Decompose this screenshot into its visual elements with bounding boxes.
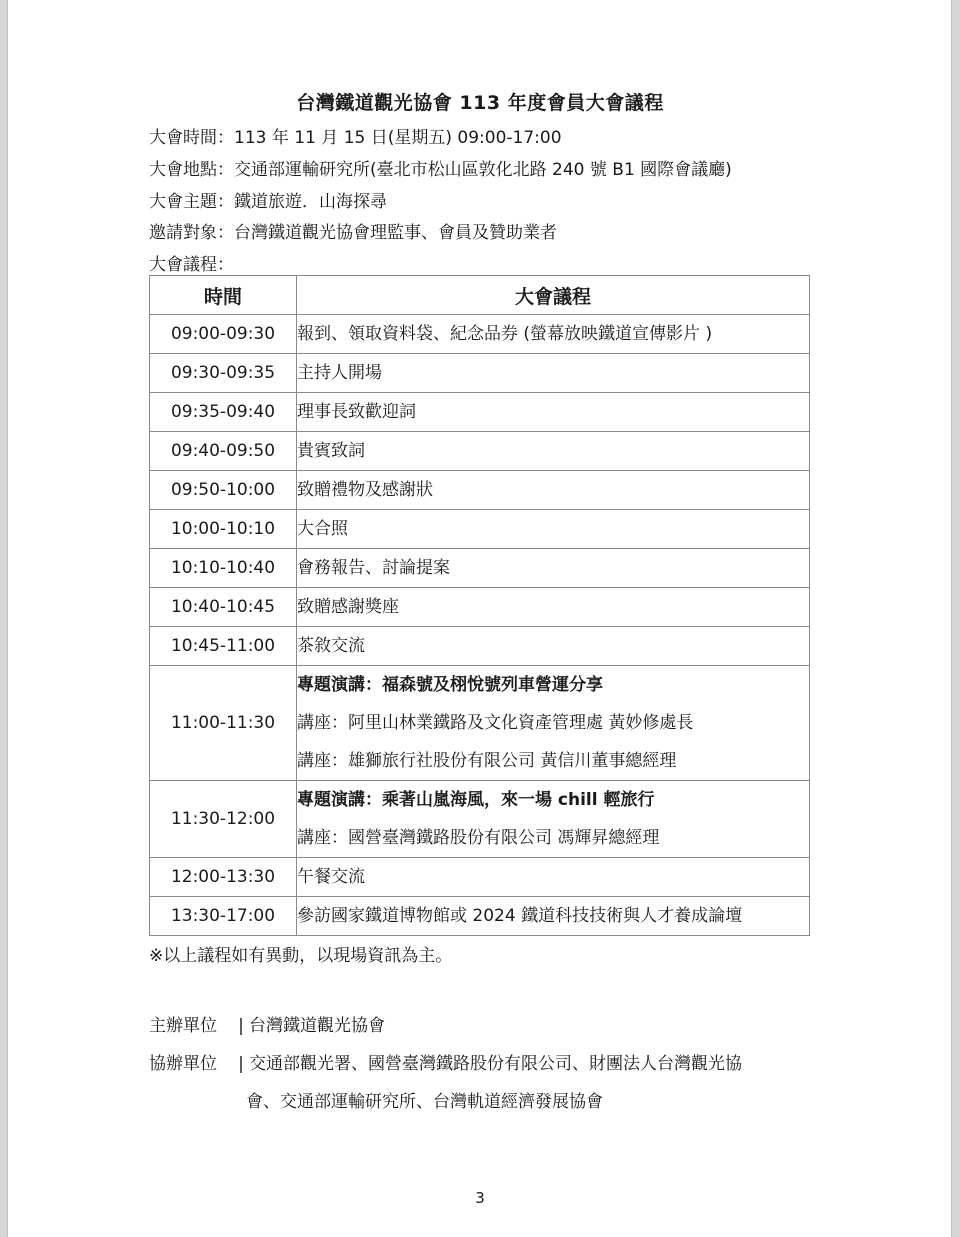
page-edge-left	[0, 0, 8, 1237]
info-label: 大會時間	[149, 128, 217, 148]
document-title: 台灣鐵道觀光協會 113 年度會員大會議程	[0, 88, 960, 115]
info-value: 台灣鐵道觀光協會理監事、會員及贊助業者	[234, 223, 557, 243]
table-row: 09:40-09:50 貴賓致詞	[150, 432, 810, 471]
row-agenda: 貴賓致詞	[297, 432, 810, 471]
table-row: 10:00-10:10 大合照	[150, 510, 810, 549]
host-label: 主辦單位	[149, 1011, 235, 1036]
speaker: 講座：雄獅旅行社股份有限公司 黃信川董事總經理	[297, 742, 809, 780]
row-time: 10:10-10:40	[150, 549, 297, 588]
page-edge-right	[951, 0, 960, 1237]
info-time: 大會時間：113 年 11 月 15 日(星期五) 09:00-17:00	[149, 123, 562, 148]
row-agenda: 參訪國家鐵道博物館或 2024 鐵道科技技術與人才養成論壇	[297, 897, 810, 936]
row-time: 09:35-09:40	[150, 393, 297, 432]
row-time: 09:30-09:35	[150, 354, 297, 393]
co-label: 協辦單位	[149, 1049, 235, 1074]
table-header-row: 時間 大會議程	[150, 276, 810, 315]
info-agenda-heading: 大會議程：	[149, 250, 234, 275]
row-agenda: 報到、領取資料袋、紀念品券 (螢幕放映鐵道宣傳影片 )	[297, 315, 810, 354]
table-row: 11:00-11:30 專題演講：福森號及栩悅號列車營運分享 講座：阿里山林業鐵…	[150, 666, 810, 781]
speaker: 講座：國營臺灣鐵路股份有限公司 馮輝昇總經理	[297, 819, 809, 857]
info-theme: 大會主題：鐵道旅遊．山海探尋	[149, 187, 387, 212]
keynote-title: 專題演講：乘著山嵐海風，來一場 chill 輕旅行	[297, 781, 809, 819]
row-time: 09:50-10:00	[150, 471, 297, 510]
header-time: 時間	[150, 276, 297, 315]
agenda-note: ※以上議程如有異動，以現場資訊為主。	[149, 941, 452, 966]
info-value: 交通部運輸研究所(臺北市松山區敦化北路 240 號 B1 國際會議廳)	[234, 160, 732, 180]
row-time: 09:40-09:50	[150, 432, 297, 471]
info-label: 邀請對象	[149, 223, 217, 243]
row-agenda: 致贈禮物及感謝狀	[297, 471, 810, 510]
info-invitees: 邀請對象：台灣鐵道觀光協會理監事、會員及贊助業者	[149, 218, 557, 243]
row-time: 13:30-17:00	[150, 897, 297, 936]
table-row: 10:10-10:40 會務報告、討論提案	[150, 549, 810, 588]
table-row: 09:00-09:30 報到、領取資料袋、紀念品券 (螢幕放映鐵道宣傳影片 )	[150, 315, 810, 354]
row-agenda: 茶敘交流	[297, 627, 810, 666]
keynote-title: 專題演講：福森號及栩悅號列車營運分享	[297, 666, 809, 704]
row-time: 11:30-12:00	[150, 781, 297, 858]
table-row: 10:40-10:45 致贈感謝獎座	[150, 588, 810, 627]
row-time: 10:45-11:00	[150, 627, 297, 666]
row-time: 09:00-09:30	[150, 315, 297, 354]
row-agenda: 專題演講：福森號及栩悅號列車營運分享 講座：阿里山林業鐵路及文化資產管理處 黃妙…	[297, 666, 810, 781]
table-row: 09:35-09:40 理事長致歡迎詞	[150, 393, 810, 432]
row-agenda: 專題演講：乘著山嵐海風，來一場 chill 輕旅行 講座：國營臺灣鐵路股份有限公…	[297, 781, 810, 858]
co-organizers-continued: 會、交通部運輸研究所、台灣軌道經濟發展協會	[246, 1087, 603, 1112]
info-value: 113 年 11 月 15 日(星期五) 09:00-17:00	[234, 128, 562, 148]
header-agenda: 大會議程	[297, 276, 810, 315]
info-venue: 大會地點：交通部運輸研究所(臺北市松山區敦化北路 240 號 B1 國際會議廳)	[149, 155, 732, 180]
table-row: 10:45-11:00 茶敘交流	[150, 627, 810, 666]
agenda-table: 時間 大會議程 09:00-09:30 報到、領取資料袋、紀念品券 (螢幕放映鐵…	[149, 275, 810, 936]
speaker: 講座：阿里山林業鐵路及文化資產管理處 黃妙修處長	[297, 704, 809, 742]
table-row: 09:50-10:00 致贈禮物及感謝狀	[150, 471, 810, 510]
info-value: 鐵道旅遊．山海探尋	[234, 192, 387, 212]
separator: |	[235, 1054, 247, 1074]
host-organizer: 主辦單位|台灣鐵道觀光協會	[149, 1011, 385, 1036]
info-label: 大會主題	[149, 192, 217, 212]
table-row: 13:30-17:00 參訪國家鐵道博物館或 2024 鐵道科技技術與人才養成論…	[150, 897, 810, 936]
row-agenda: 理事長致歡迎詞	[297, 393, 810, 432]
row-agenda: 致贈感謝獎座	[297, 588, 810, 627]
row-time: 12:00-13:30	[150, 858, 297, 897]
row-time: 11:00-11:30	[150, 666, 297, 781]
table-row: 11:30-12:00 專題演講：乘著山嵐海風，來一場 chill 輕旅行 講座…	[150, 781, 810, 858]
row-agenda: 主持人開場	[297, 354, 810, 393]
row-agenda: 午餐交流	[297, 858, 810, 897]
row-time: 10:00-10:10	[150, 510, 297, 549]
info-label: 大會地點	[149, 160, 217, 180]
row-time: 10:40-10:45	[150, 588, 297, 627]
separator: |	[235, 1016, 247, 1036]
table-row: 09:30-09:35 主持人開場	[150, 354, 810, 393]
table-row: 12:00-13:30 午餐交流	[150, 858, 810, 897]
co-value-line1: 交通部觀光署、國營臺灣鐵路股份有限公司、財團法人台灣觀光協	[249, 1054, 742, 1074]
info-label: 大會議程	[149, 255, 217, 275]
host-value: 台灣鐵道觀光協會	[249, 1016, 385, 1036]
row-agenda: 會務報告、討論提案	[297, 549, 810, 588]
row-agenda: 大合照	[297, 510, 810, 549]
co-organizers: 協辦單位|交通部觀光署、國營臺灣鐵路股份有限公司、財團法人台灣觀光協	[149, 1049, 742, 1074]
page-number: 3	[0, 1189, 960, 1207]
